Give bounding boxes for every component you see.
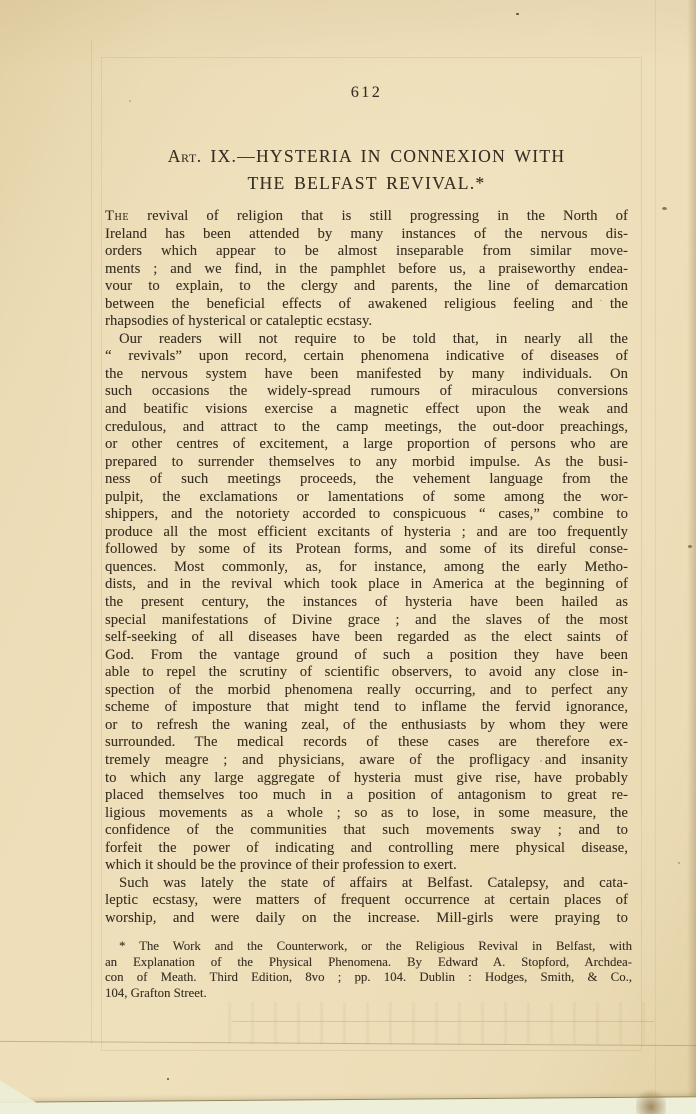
text-line: scheme of imposture that might tend to i… bbox=[105, 699, 628, 717]
paper-speck bbox=[167, 1078, 169, 1080]
text-line: self-seeking of all diseases have been r… bbox=[105, 629, 628, 647]
text-line: which it should be the province of their… bbox=[105, 857, 628, 875]
text-line: surrounded. The medical records of these… bbox=[105, 734, 628, 752]
text-line: Our readers will not require to be told … bbox=[105, 331, 628, 349]
text-line: and beatific visions exercise a magnetic… bbox=[105, 401, 628, 419]
text-line: leptic ecstasy, were matters of frequent… bbox=[105, 892, 628, 910]
text-line: quences. Most commonly, as, for instance… bbox=[105, 559, 628, 577]
article-title-part: IX.—HYSTERIA IN CONNEXION WITH bbox=[202, 146, 566, 166]
page-right-edge-shadow bbox=[687, 0, 696, 1114]
text-line: the present century, the instances of hy… bbox=[105, 594, 628, 612]
text-line: vour to explain, to the clergy and paren… bbox=[105, 278, 628, 296]
text-line: ligious movements as a whole ; so as to … bbox=[105, 805, 628, 823]
text-line: “ revivals” upon record, certain phenome… bbox=[105, 348, 628, 366]
text-line: Ireland has been attended by many instan… bbox=[105, 226, 628, 244]
text-line: or to refresh the waning zeal, of the en… bbox=[105, 717, 628, 735]
article-label: Art. bbox=[168, 146, 202, 166]
text-line: ments ; and we find, in the pamphlet bef… bbox=[105, 261, 628, 279]
page-number: 612 bbox=[105, 84, 628, 102]
footnote: * The Work and the Counterwork, or the R… bbox=[105, 939, 632, 1002]
text-line: such occasions the widely-spread rumours… bbox=[105, 383, 628, 401]
article-body-text: The revival of religion that is still pr… bbox=[105, 208, 628, 927]
text-line: to which any large aggregate of hysteria… bbox=[105, 770, 628, 788]
text-line: The revival of religion that is still pr… bbox=[105, 208, 628, 226]
text-line: dists, and in the revival which took pla… bbox=[105, 576, 628, 594]
text-line: placed themselves too much in a position… bbox=[105, 787, 628, 805]
paragraph: Such was lately the state of affairs at … bbox=[105, 875, 628, 928]
paper-speck bbox=[688, 545, 692, 548]
text-line: * The Work and the Counterwork, or the R… bbox=[105, 939, 632, 955]
text-line: pulpit, the exclamations or lamentations… bbox=[105, 489, 628, 507]
scanned-book-page: { "theme": { "paper": "#ecdcb6", "paper_… bbox=[0, 0, 696, 1114]
text-line: God. From the vantage ground of such a p… bbox=[105, 647, 628, 665]
text-line: shippers, and the notoriety accorded to … bbox=[105, 506, 628, 524]
text-line: an Explanation of the Physical Phenomena… bbox=[105, 955, 632, 971]
article-heading: Art. IX.—HYSTERIA IN CONNEXION WITH THE … bbox=[85, 143, 648, 196]
article-heading-line1: Art. IX.—HYSTERIA IN CONNEXION WITH bbox=[85, 143, 648, 170]
paragraph: Our readers will not require to be told … bbox=[105, 331, 628, 875]
text-line: or other centres of excitement, a large … bbox=[105, 436, 628, 454]
text-line: between the beneficial effects of awaken… bbox=[105, 296, 628, 314]
text-line: produce all the most efficient excitants… bbox=[105, 524, 628, 542]
small-caps-lead-word: The bbox=[105, 208, 129, 224]
text-line: tremely meagre ; and physicians, aware o… bbox=[105, 752, 628, 770]
text-line: followed by some of its Protean forms, a… bbox=[105, 541, 628, 559]
paragraph: The revival of religion that is still pr… bbox=[105, 208, 628, 331]
text-line: able to repel the scrutiny of scientific… bbox=[105, 664, 628, 682]
text-line: prepared to surrender themselves to any … bbox=[105, 454, 628, 472]
paper-speck bbox=[516, 13, 519, 15]
text-line: orders which appear to be almost insepar… bbox=[105, 243, 628, 261]
text-line: ness of such meetings proceeds, the vehe… bbox=[105, 471, 628, 489]
text-line: special manifestations of Divine grace ;… bbox=[105, 612, 628, 630]
paper-speck bbox=[662, 207, 667, 210]
bottom-right-stain bbox=[636, 1086, 666, 1114]
paper-speck bbox=[678, 862, 680, 864]
show-through-table-line bbox=[232, 1021, 654, 1022]
text-line: credulous, and attract to the camp meeti… bbox=[105, 419, 628, 437]
right-fold-line bbox=[655, 0, 656, 1114]
text-line: worship, and were daily on the increase.… bbox=[105, 910, 628, 928]
text-line: confidence of the communities that such … bbox=[105, 822, 628, 840]
text-line: rhapsodies of hysterical or cataleptic e… bbox=[105, 313, 628, 331]
text-line: 104, Grafton Street. bbox=[105, 986, 632, 1002]
text-line: spection of the morbid phenomena really … bbox=[105, 682, 628, 700]
text-line: con of Meath. Third Edition, 8vo ; pp. 1… bbox=[105, 970, 632, 986]
article-heading-line2: THE BELFAST REVIVAL.* bbox=[85, 170, 648, 197]
text-line: Such was lately the state of affairs at … bbox=[105, 875, 628, 893]
text-line: the nervous system have been manifested … bbox=[105, 366, 628, 384]
show-through-table-marks bbox=[228, 1002, 658, 1044]
text-line: forfeit the power of indicating and cont… bbox=[105, 840, 628, 858]
